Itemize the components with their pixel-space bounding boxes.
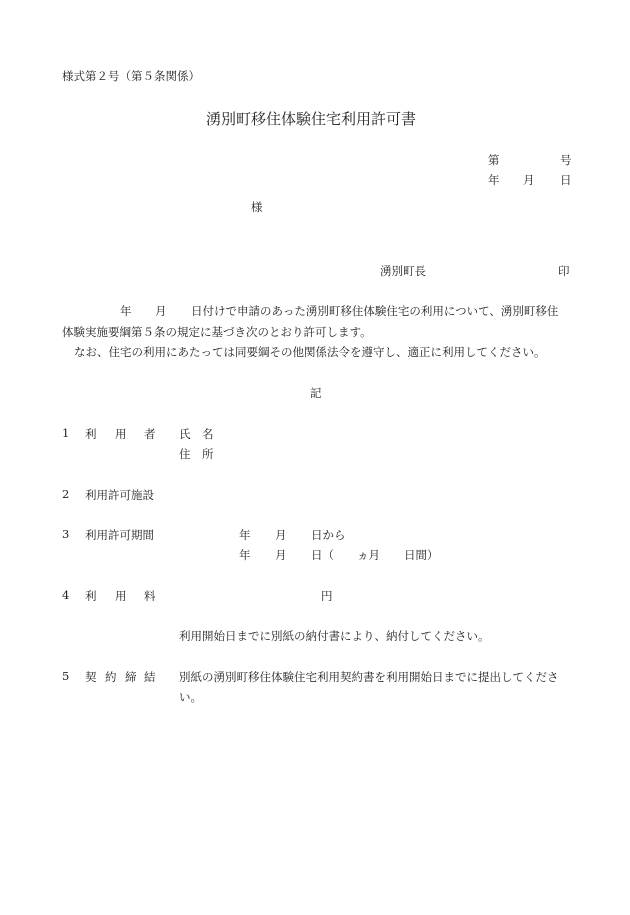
- document-title: 湧別町移住体験住宅利用許可書: [206, 108, 416, 129]
- period-from-year: 年: [239, 527, 251, 543]
- item-5-label-char: 締: [125, 669, 137, 685]
- fee-note: 利用開始日までに別紙の納付書により、納付してください。: [179, 628, 490, 644]
- period-days: 日間）: [404, 547, 439, 563]
- item-1-label-char: 者: [144, 426, 156, 442]
- period-to-month: 月: [275, 547, 287, 563]
- item-4-label-char: 料: [144, 588, 156, 604]
- period-from-month: 月: [275, 527, 287, 543]
- contract-text-line-1: 別紙の湧別町移住体験住宅利用契約書を利用開始日までに提出してくださ: [179, 669, 559, 685]
- item-1-label-char: 用: [115, 426, 127, 442]
- item-3-number: 3: [62, 527, 69, 541]
- item-4-number: 4: [62, 588, 69, 602]
- item-1-label-char: 利: [85, 426, 97, 442]
- addressee-suffix: 様: [251, 199, 263, 215]
- period-months: ヵ月: [357, 547, 380, 563]
- body-line-2: 体験実施要綱第５条の規定に基づき次のとおり許可します。: [62, 324, 372, 340]
- period-to-year: 年: [239, 547, 251, 563]
- item-4-label-char: 用: [115, 588, 127, 604]
- item-5-label-char: 結: [144, 669, 156, 685]
- item-1-field-address: 住 所: [179, 446, 214, 462]
- item-3-label: 利用許可期間: [85, 527, 154, 543]
- date-year: 年: [488, 172, 500, 188]
- issuer-seal: 印: [558, 263, 570, 279]
- body-year: 年: [120, 303, 132, 319]
- item-1-field-name: 氏 名: [179, 426, 214, 442]
- doc-number-prefix: 第: [488, 152, 500, 168]
- contract-text-line-2: い。: [179, 689, 202, 705]
- form-label: 様式第２号（第５条関係）: [62, 68, 200, 84]
- date-month: 月: [523, 172, 535, 188]
- ki-heading: 記: [310, 385, 322, 401]
- item-2-label: 利用許可施設: [85, 487, 154, 503]
- item-5-number: 5: [62, 669, 69, 683]
- item-2-number: 2: [62, 487, 69, 501]
- item-4-label-char: 利: [85, 588, 97, 604]
- item-5-label-char: 約: [105, 669, 117, 685]
- item-5-label-char: 契: [85, 669, 97, 685]
- body-line-1: 日付けで申請のあった湧別町移住体験住宅の利用について、湧別町移住: [191, 303, 558, 319]
- period-from-day: 日から: [311, 527, 346, 543]
- doc-number-suffix: 号: [560, 152, 572, 168]
- issuer-name: 湧別町長: [380, 263, 426, 279]
- fee-unit: 円: [321, 588, 333, 604]
- body-line-3: なお、住宅の利用にあたっては同要綱その他関係法令を遵守し、適正に利用してください…: [74, 344, 546, 360]
- body-month: 月: [155, 303, 167, 319]
- item-1-number: 1: [62, 426, 69, 440]
- date-day: 日: [560, 172, 572, 188]
- period-to-day: 日（: [311, 547, 334, 563]
